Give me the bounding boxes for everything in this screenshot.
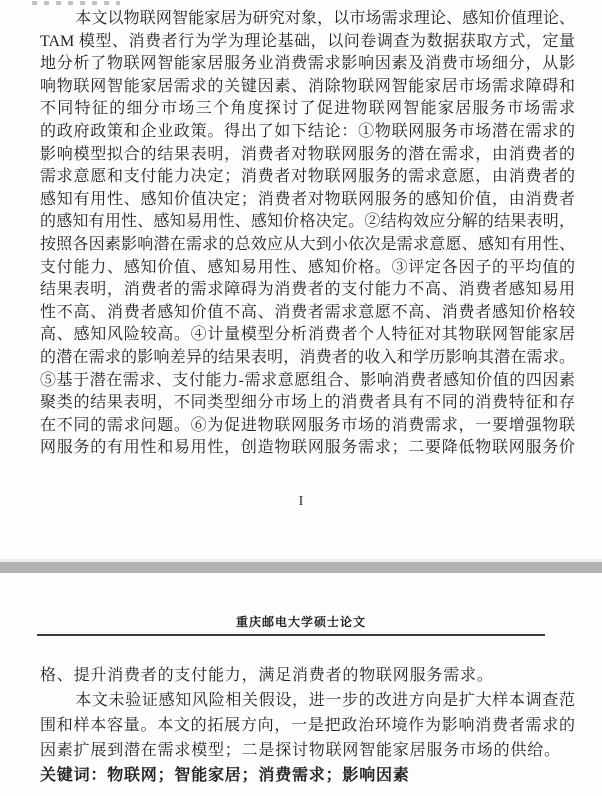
- text-line: 本文以物联网智能家居为研究对象，以市场需求理论、感知价值理论、: [40, 8, 575, 31]
- text-line: 不同特征的细分市场三个角度探讨了促进物联网智能家居服务市场需求: [40, 98, 575, 121]
- text-line: 响物联网智能家居需求的关键因素、消除物联网智能家居市场需求障碍和: [40, 76, 575, 99]
- text-line: 高、感知风险较高。④计量模型分析消费者个人特征对其物联网智能家居: [40, 324, 575, 347]
- text-line: ⑤基于潜在需求、支付能力-需求意愿组合、影响消费者感知价值的四因素: [40, 370, 575, 393]
- text-line: 围和样本容量。本文的拓展方向，一是把政治环境作为影响消费者需求的: [40, 713, 575, 738]
- text-line: 按照各因素影响潜在需求的总效应从大到小依次是需求意愿、感知有用性、: [40, 234, 575, 257]
- page-number: I: [0, 494, 602, 510]
- header-rule: [37, 634, 545, 636]
- text-line: 在不同的需求问题。⑥为促进物联网服务市场的消费需求，一要增强物联: [40, 415, 575, 438]
- text-line: 结果表明，消费者的需求障碍为消费者的支付能力不高、消费者感知易用: [40, 279, 575, 302]
- clipped-text-remnant: [32, 1, 120, 5]
- text-line: 支付能力、感知价值、感知易用性、感知价格。③评定各因子的平均值的: [40, 257, 575, 280]
- document-viewer: 本文以物联网智能家居为研究对象，以市场需求理论、感知价值理论、TAM 模型、消费…: [0, 0, 602, 796]
- text-line: 本文未验证感知风险相关假设，进一步的改进方向是扩大样本调查范: [40, 688, 575, 713]
- page-1: 本文以物联网智能家居为研究对象，以市场需求理论、感知价值理论、TAM 模型、消费…: [0, 0, 602, 559]
- text-line: 网服务的有用性和易用性，创造物联网服务需求；二要降低物联网服务价: [40, 437, 575, 460]
- abstract-paragraph: 本文以物联网智能家居为研究对象，以市场需求理论、感知价值理论、TAM 模型、消费…: [40, 8, 575, 460]
- text-line: 影响模型拟合的结果表明，消费者对物联网服务的潜在需求，由消费者的: [40, 144, 575, 167]
- text-line: 的潜在需求的影响差异的结果表明，消费者的收入和学历影响其潜在需求。: [40, 347, 575, 370]
- text-line: 地分析了物联网智能家居服务业消费需求影响因素及消费市场细分，从影: [40, 53, 575, 76]
- text-line: 因素扩展到潜在需求模型；二是探讨物联网智能家居服务市场的供给。: [40, 738, 575, 763]
- abstract-continuation-paragraph: 格、提升消费者的支付能力，满足消费者的物联网服务需求。本文未验证感知风险相关假设…: [40, 663, 575, 788]
- page-separator: [0, 559, 602, 573]
- page-2: 重庆邮电大学硕士论文 格、提升消费者的支付能力，满足消费者的物联网服务需求。本文…: [0, 573, 602, 796]
- text-line: 关键词：物联网；智能家居；消费需求；影响因素: [40, 763, 575, 788]
- text-line: 聚类的结果表明，不同类型细分市场上的消费者具有不同的消费特征和存: [40, 392, 575, 415]
- text-line: 需求意愿和支付能力决定；消费者对物联网服务的需求意愿，由消费者的: [40, 166, 575, 189]
- text-line: 感知有用性、感知价值决定；消费者对物联网服务的感知价值，由消费者: [40, 189, 575, 212]
- text-line: 的感知有用性、感知易用性、感知价格决定。②结构效应分解的结果表明，: [40, 211, 575, 234]
- running-header: 重庆邮电大学硕士论文: [0, 573, 602, 631]
- text-line: 性不高、消费者感知价值不高、消费者需求意愿不高、消费者感知价格较: [40, 302, 575, 325]
- text-line: TAM 模型、消费者行为学为理论基础，以问卷调查为数据获取方式，定量: [40, 31, 575, 54]
- text-line: 格、提升消费者的支付能力，满足消费者的物联网服务需求。: [40, 663, 575, 688]
- text-line: 的政府政策和企业政策。得出了如下结论：①物联网服务市场潜在需求的: [40, 121, 575, 144]
